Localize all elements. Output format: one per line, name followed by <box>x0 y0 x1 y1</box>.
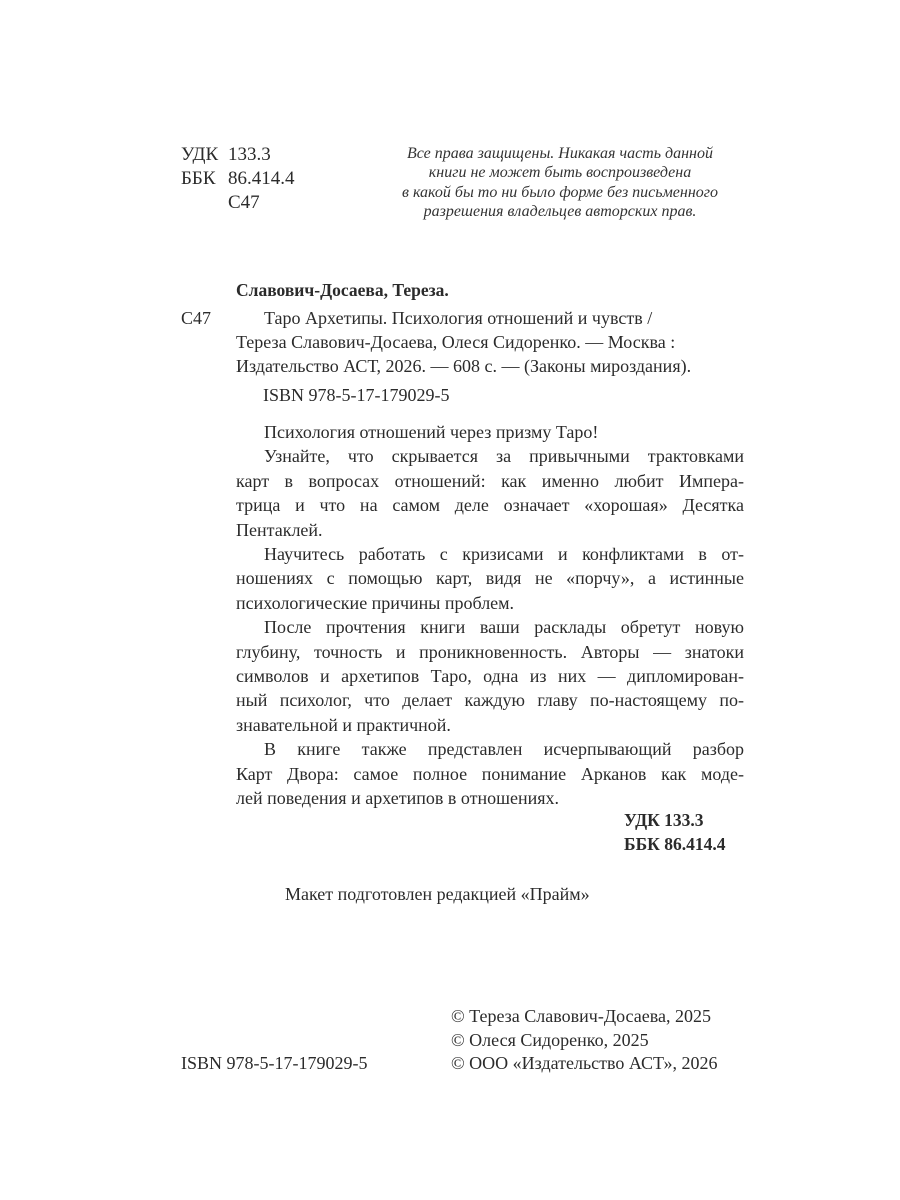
bib-line-text: Издательство АСТ, 2026. — 608 с. — (Зако… <box>236 354 691 378</box>
bbk-value: 86.414.4 <box>228 167 295 191</box>
annotation-line: символов и архетипов Таро, одна из них —… <box>236 664 744 688</box>
udk-label: УДК <box>181 143 228 167</box>
annotation-line: Пентаклей. <box>236 518 744 542</box>
author-heading: Славович-Досаева, Тереза. <box>236 278 449 302</box>
bib-line-text: Таро Архетипы. Психология отношений и чу… <box>264 306 652 330</box>
udk-value: 133.3 <box>228 143 271 167</box>
bib-line-title: Таро Архетипы. Психология отношений и чу… <box>236 306 744 330</box>
annotation-line: знавательной и практичной. <box>236 713 744 737</box>
rights-line: книги не может быть воспроизведена <box>372 163 748 182</box>
bibliographic-description: Таро Архетипы. Психология отношений и чу… <box>236 306 744 378</box>
rights-notice: Все права защищены. Никакая часть данной… <box>372 144 748 221</box>
author-mark-row: С47 <box>181 191 295 215</box>
bib-line-authors: Тереза Славович-Досаева, Олеся Сидоренко… <box>236 330 744 354</box>
annotation-line: карт в вопросах отношений: как именно лю… <box>236 469 744 493</box>
rights-line: разрешения владельцев авторских прав. <box>372 202 748 221</box>
copyright-line: © Олеся Сидоренко, 2025 <box>451 1029 718 1053</box>
annotation-line: Узнайте, что скрывается за привычными тр… <box>236 444 744 468</box>
annotation-line: трица и что на самом деле означает «хоро… <box>236 493 744 517</box>
author-mark-code: С47 <box>181 306 211 330</box>
classification-codes-top: УДК 133.3 ББК 86.414.4 С47 <box>181 143 295 215</box>
book-imprint-page: УДК 133.3 ББК 86.414.4 С47 Все права защ… <box>0 0 900 1200</box>
annotation-line: ный психолог, что делает каждую главу по… <box>236 688 744 712</box>
annotation-paragraph: После прочтения книги ваши расклады обре… <box>236 615 744 737</box>
annotation-line: психологические причины проблем. <box>236 591 744 615</box>
annotation-line: Психология отношений через призму Таро! <box>236 420 744 444</box>
bib-line-publisher: Издательство АСТ, 2026. — 608 с. — (Зако… <box>236 354 744 378</box>
classification-codes-bottom: УДК 133.3 ББК 86.414.4 <box>624 808 725 856</box>
bib-line-text: Тереза Славович-Досаева, Олеся Сидоренко… <box>236 330 675 354</box>
annotation-line: глубину, точность и проникновенность. Ав… <box>236 640 744 664</box>
annotation-paragraph: Узнайте, что скрывается за привычными тр… <box>236 444 744 542</box>
annotation-line: После прочтения книги ваши расклады обре… <box>236 615 744 639</box>
udk-row: УДК 133.3 <box>181 143 295 167</box>
copyright-line: © Тереза Славович-Досаева, 2025 <box>451 1005 718 1029</box>
annotation-paragraph: Психология отношений через призму Таро! <box>236 420 744 444</box>
bbk-row: ББК 86.414.4 <box>181 167 295 191</box>
author-mark-label <box>181 191 228 215</box>
annotation-line: В книге также представлен исчерпывающий … <box>236 737 744 761</box>
annotation-line: Научитесь работать с кризисами и конфлик… <box>236 542 744 566</box>
annotation-line: лей поведения и архетипов в отношениях. <box>236 786 744 810</box>
isbn-top: ISBN 978-5-17-179029-5 <box>263 383 450 407</box>
bbk-bottom: ББК 86.414.4 <box>624 832 725 856</box>
bbk-label: ББК <box>181 167 228 191</box>
rights-line: Все права защищены. Никакая часть данной <box>372 144 748 163</box>
isbn-bottom: ISBN 978-5-17-179029-5 <box>181 1051 368 1075</box>
annotation-paragraph: В книге также представлен исчерпывающий … <box>236 737 744 810</box>
rights-line: в какой бы то ни было форме без письменн… <box>372 183 748 202</box>
annotation-paragraph: Научитесь работать с кризисами и конфлик… <box>236 542 744 615</box>
layout-credit: Макет подготовлен редакцией «Прайм» <box>285 882 590 906</box>
annotation-line: ношениях с помощью карт, видя не «порчу»… <box>236 566 744 590</box>
annotation: Психология отношений через призму Таро! … <box>236 420 744 811</box>
annotation-line: Карт Двора: самое полное понимание Аркан… <box>236 762 744 786</box>
udk-bottom: УДК 133.3 <box>624 808 725 832</box>
copyright-block: © Тереза Славович-Досаева, 2025 © Олеся … <box>451 1005 718 1076</box>
author-mark-value: С47 <box>228 191 260 215</box>
copyright-line: © ООО «Издательство АСТ», 2026 <box>451 1052 718 1076</box>
